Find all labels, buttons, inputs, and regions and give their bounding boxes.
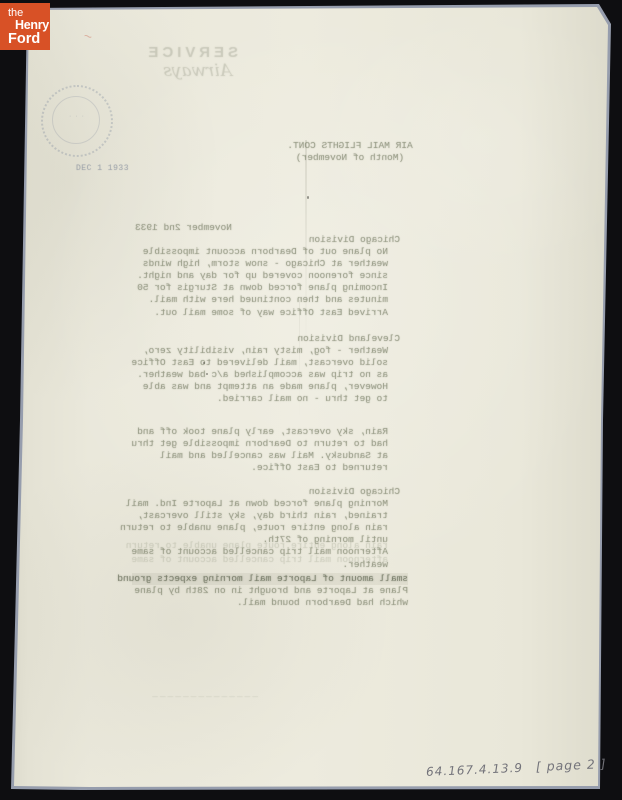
typed-line: since forenoon covered up for day and ni… <box>134 270 388 282</box>
dust-speck <box>307 196 309 199</box>
typed-line: had to return to Dearborn impossible get… <box>134 438 388 450</box>
typed-bleedthrough-text: AIR MAIL FLIGHTS CONT. (Month of Novembe… <box>130 140 428 720</box>
typed-subtitle: (Month of November) <box>280 152 420 164</box>
typed-block-heading: Chicago Division <box>134 486 400 498</box>
typed-line: as no trip was accomplished a/c bad weat… <box>134 369 388 381</box>
letterhead-ghost: SERVICE Airways <box>58 44 238 81</box>
typed-line: returned to East Office. <box>134 462 388 474</box>
page-label: [ page 2 ] <box>535 756 606 774</box>
typed-block-untitled: Rain, sky overcast, early plane took off… <box>134 426 400 474</box>
typed-line: until morning of 27th. <box>134 534 388 546</box>
typed-line: weather at Chicago - snow storm, high wi… <box>134 258 388 270</box>
logo-text-ford: Ford <box>8 31 40 47</box>
typed-line: Rain, sky overcast, early plane took off… <box>134 426 388 438</box>
typed-line: Morning plane forced down at Laporte Ind… <box>134 498 388 510</box>
typed-block-chicago-1: Chicago Division No plane out of Dearbor… <box>134 234 400 319</box>
stamp-date-text: DEC 1 1933 <box>76 164 129 173</box>
circular-stamp-inner-ring <box>52 96 100 144</box>
letterhead-ghost-line1: SERVICE <box>58 44 238 61</box>
letterhead-ghost-line2: Airways <box>58 61 232 81</box>
typed-line: Afternoon mail trip cancelled account of… <box>134 546 388 558</box>
henry-ford-logo: the Henry Ford <box>0 3 50 50</box>
typed-smudged-lines: small amount of Laporte mail morning exp… <box>132 573 408 609</box>
typed-line: minutes and then continued here with mai… <box>134 294 388 306</box>
typed-line: trained, rain third day, sky still overc… <box>134 510 388 522</box>
typed-line: Arrived East Office way of some mail out… <box>134 307 388 319</box>
typed-date-line: November 2nd 1933 <box>135 222 232 234</box>
circular-stamp: · · · <box>41 85 113 157</box>
typed-line: solid overcast, mail delivered to East O… <box>134 357 388 369</box>
typed-line: rain along entire route, plane unable to… <box>134 522 388 534</box>
typed-tail-line: which had Dearborn bound mail. <box>132 597 408 609</box>
dust-speck <box>206 373 208 375</box>
typed-line: Weather - fog, misty rain, visibility ze… <box>134 345 388 357</box>
logo-text-henry: Henry <box>15 18 49 32</box>
typed-title-block: AIR MAIL FLIGHTS CONT. (Month of Novembe… <box>280 140 420 164</box>
typed-smudge-line: small amount of Laporte mail morning exp… <box>132 573 408 585</box>
typed-footer-ghost: ______________ <box>150 688 258 700</box>
dust-speck <box>203 362 205 364</box>
stamp-center-text: · · · <box>43 113 111 120</box>
typed-tail-line: Plane at Laporte and brought in on 28th … <box>132 585 408 597</box>
typed-line: Incoming plane forced down at Sturgis fo… <box>134 282 388 294</box>
typed-line: However, plane made an attempt and was a… <box>134 381 388 393</box>
typed-title: AIR MAIL FLIGHTS CONT. <box>280 140 420 152</box>
typed-line: No plane out of Dearborn account impossi… <box>134 246 388 258</box>
typed-block-chicago-2: Chicago Division Morning plane forced do… <box>134 486 400 571</box>
typed-line: to get thru - no mail carried. <box>134 393 388 405</box>
typed-line: weather. <box>134 559 388 571</box>
typed-block-heading: Chicago Division <box>134 234 400 246</box>
typed-line: at Sandusky. Mail was cancelled and mail <box>134 450 388 462</box>
typed-block-cleveland: Cleveland Division Weather - fog, misty … <box>134 333 400 406</box>
typed-block-heading: Cleveland Division <box>134 333 400 345</box>
